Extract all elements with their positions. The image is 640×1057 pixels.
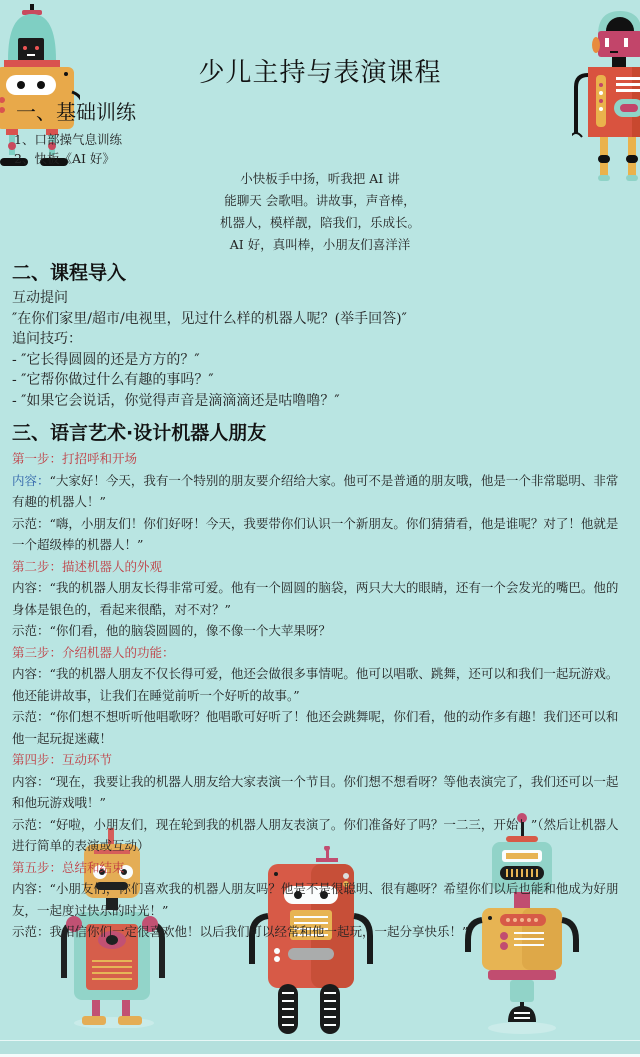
intro-line: 追问技巧： <box>12 329 407 350</box>
poem-line: 小快板手中扬，听我把 AI 讲 <box>180 168 460 190</box>
step-label: 第五步：总结和结束 <box>12 857 628 879</box>
step-label: 第二步：描述机器人的外观 <box>12 556 628 578</box>
section2-body: 互动提问 ″在你们家里/超市/电视里，见过什么样的机器人呢？(举手回答)″ 追问… <box>12 288 407 411</box>
demo-text: “你们想不想听听他唱歌呀？他唱歌可好听了！他还会跳舞呢，你们看，他的动作多有趣！… <box>12 709 618 746</box>
content-text: “现在，我要让我的机器人朋友给大家表演一个节目。你们想不想看呀？等他表演完了，我… <box>12 774 618 811</box>
section1-list: 1、口部操气息训练 2、快板《AI 好》 <box>14 130 122 168</box>
content-text: “我的机器人朋友长得非常可爱。他有一个圆圆的脑袋，两只大大的眼睛，还有一个会发光… <box>12 580 618 617</box>
step-content: 内容：“我的机器人朋友长得非常可爱。他有一个圆圆的脑袋，两只大大的眼睛，还有一个… <box>12 577 628 620</box>
step-content: 内容：“小朋友们，你们喜欢我的机器人朋友吗？他是不是很聪明、很有趣呀？希望你们以… <box>12 878 628 921</box>
step-content: 内容：“我的机器人朋友不仅长得可爱，他还会做很多事情呢。他可以唱歌、跳舞，还可以… <box>12 663 628 706</box>
intro-line: - ″它帮你做过什么有趣的事吗？″ <box>12 370 407 391</box>
intro-line: - ″如果它会说话，你觉得声音是滴滴滴还是咕噜噜？″ <box>12 391 407 412</box>
demo-label: 示范： <box>12 516 50 531</box>
page-title: 少儿主持与表演课程 <box>0 52 640 89</box>
demo-text: 我相信你们一定很喜欢他！以后我们可以经常和他一起玩，一起分享快乐！” <box>50 924 469 939</box>
content-text: “小朋友们，你们喜欢我的机器人朋友吗？他是不是很聪明、很有趣呀？希望你们以后也能… <box>12 881 618 918</box>
demo-label: 示范： <box>12 709 50 724</box>
section1-item: 1、口部操气息训练 <box>14 130 122 149</box>
content-label: 内容： <box>12 580 50 595</box>
demo-text: “嗨，小朋友们！你们好呀！今天，我要带你们认识一个新朋友。你们猜猜看，他是谁呢？… <box>12 516 618 553</box>
intro-line: - ″它长得圆圆的还是方方的？″ <box>12 350 407 371</box>
step-demo: 示范：“你们想不想听听他唱歌呀？他唱歌可好听了！他还会跳舞呢，你们看，他的动作多… <box>12 706 628 749</box>
content-label: 内容： <box>12 774 50 789</box>
floor-band <box>0 1041 640 1054</box>
step-label: 第四步：互动环节 <box>12 749 628 771</box>
step-label: 第三步：介绍机器人的功能： <box>12 642 628 664</box>
section3-heading: 三、语言艺术·设计机器人朋友 <box>12 418 266 445</box>
poem-line: 机器人，模样靓，陪我们，乐成长。 <box>180 212 460 234</box>
intro-line: ″在你们家里/超市/电视里，见过什么样的机器人呢？(举手回答)″ <box>12 309 407 330</box>
demo-label: 示范： <box>12 817 50 832</box>
step-demo: 示范：我相信你们一定很喜欢他！以后我们可以经常和他一起玩，一起分享快乐！” <box>12 921 628 943</box>
demo-label: 示范： <box>12 924 50 939</box>
demo-text: “好啦，小朋友们，现在轮到我的机器人朋友表演了。你们准备好了吗？一二三，开始！”… <box>12 817 619 854</box>
content-text: “大家好！今天，我有一个特别的朋友要介绍给大家。他可不是普通的朋友哦，他是一个非… <box>12 473 618 510</box>
section2-heading: 二、课程导入 <box>12 258 126 285</box>
poem-line: AI 好，真叫棒，小朋友们喜洋洋 <box>180 234 460 256</box>
step-content: 内容：“现在，我要让我的机器人朋友给大家表演一个节目。你们想不想看呀？等他表演完… <box>12 771 628 814</box>
content-text: “我的机器人朋友不仅长得可爱，他还会做很多事情呢。他可以唱歌、跳舞，还可以和我们… <box>12 666 618 703</box>
content-label: 内容： <box>12 881 50 896</box>
step-content: 内容：“大家好！今天，我有一个特别的朋友要介绍给大家。他可不是普通的朋友哦，他是… <box>12 470 628 513</box>
content-label: 内容： <box>12 666 50 681</box>
step-demo: 示范：“嗨，小朋友们！你们好呀！今天，我要带你们认识一个新朋友。你们猜猜看，他是… <box>12 513 628 556</box>
lesson-plan-page: 少儿主持与表演课程 一、基础训练 1、口部操气息训练 2、快板《AI 好》 小快… <box>0 0 640 1057</box>
step-demo: 示范：“你们看，他的脑袋圆圆的，像不像一个大苹果呀？ <box>12 620 628 642</box>
intro-line: 互动提问 <box>12 288 407 309</box>
poem-line: 能聊天 会歌唱。讲故事，声音棒， <box>180 190 460 212</box>
section1-item: 2、快板《AI 好》 <box>14 149 122 168</box>
kuaiban-poem: 小快板手中扬，听我把 AI 讲 能聊天 会歌唱。讲故事，声音棒， 机器人，模样靓… <box>180 168 460 256</box>
content-label: 内容： <box>12 473 50 488</box>
step-label: 第一步：打招呼和开场 <box>12 448 628 470</box>
demo-label: 示范： <box>12 623 50 638</box>
robot-top-right-icon <box>572 5 640 185</box>
section3-steps: 第一步：打招呼和开场 内容：“大家好！今天，我有一个特别的朋友要介绍给大家。他可… <box>12 448 628 943</box>
section1-heading: 一、基础训练 <box>16 96 136 125</box>
demo-text: “你们看，他的脑袋圆圆的，像不像一个大苹果呀？ <box>50 623 331 638</box>
step-demo: 示范：“好啦，小朋友们，现在轮到我的机器人朋友表演了。你们准备好了吗？一二三，开… <box>12 814 628 857</box>
